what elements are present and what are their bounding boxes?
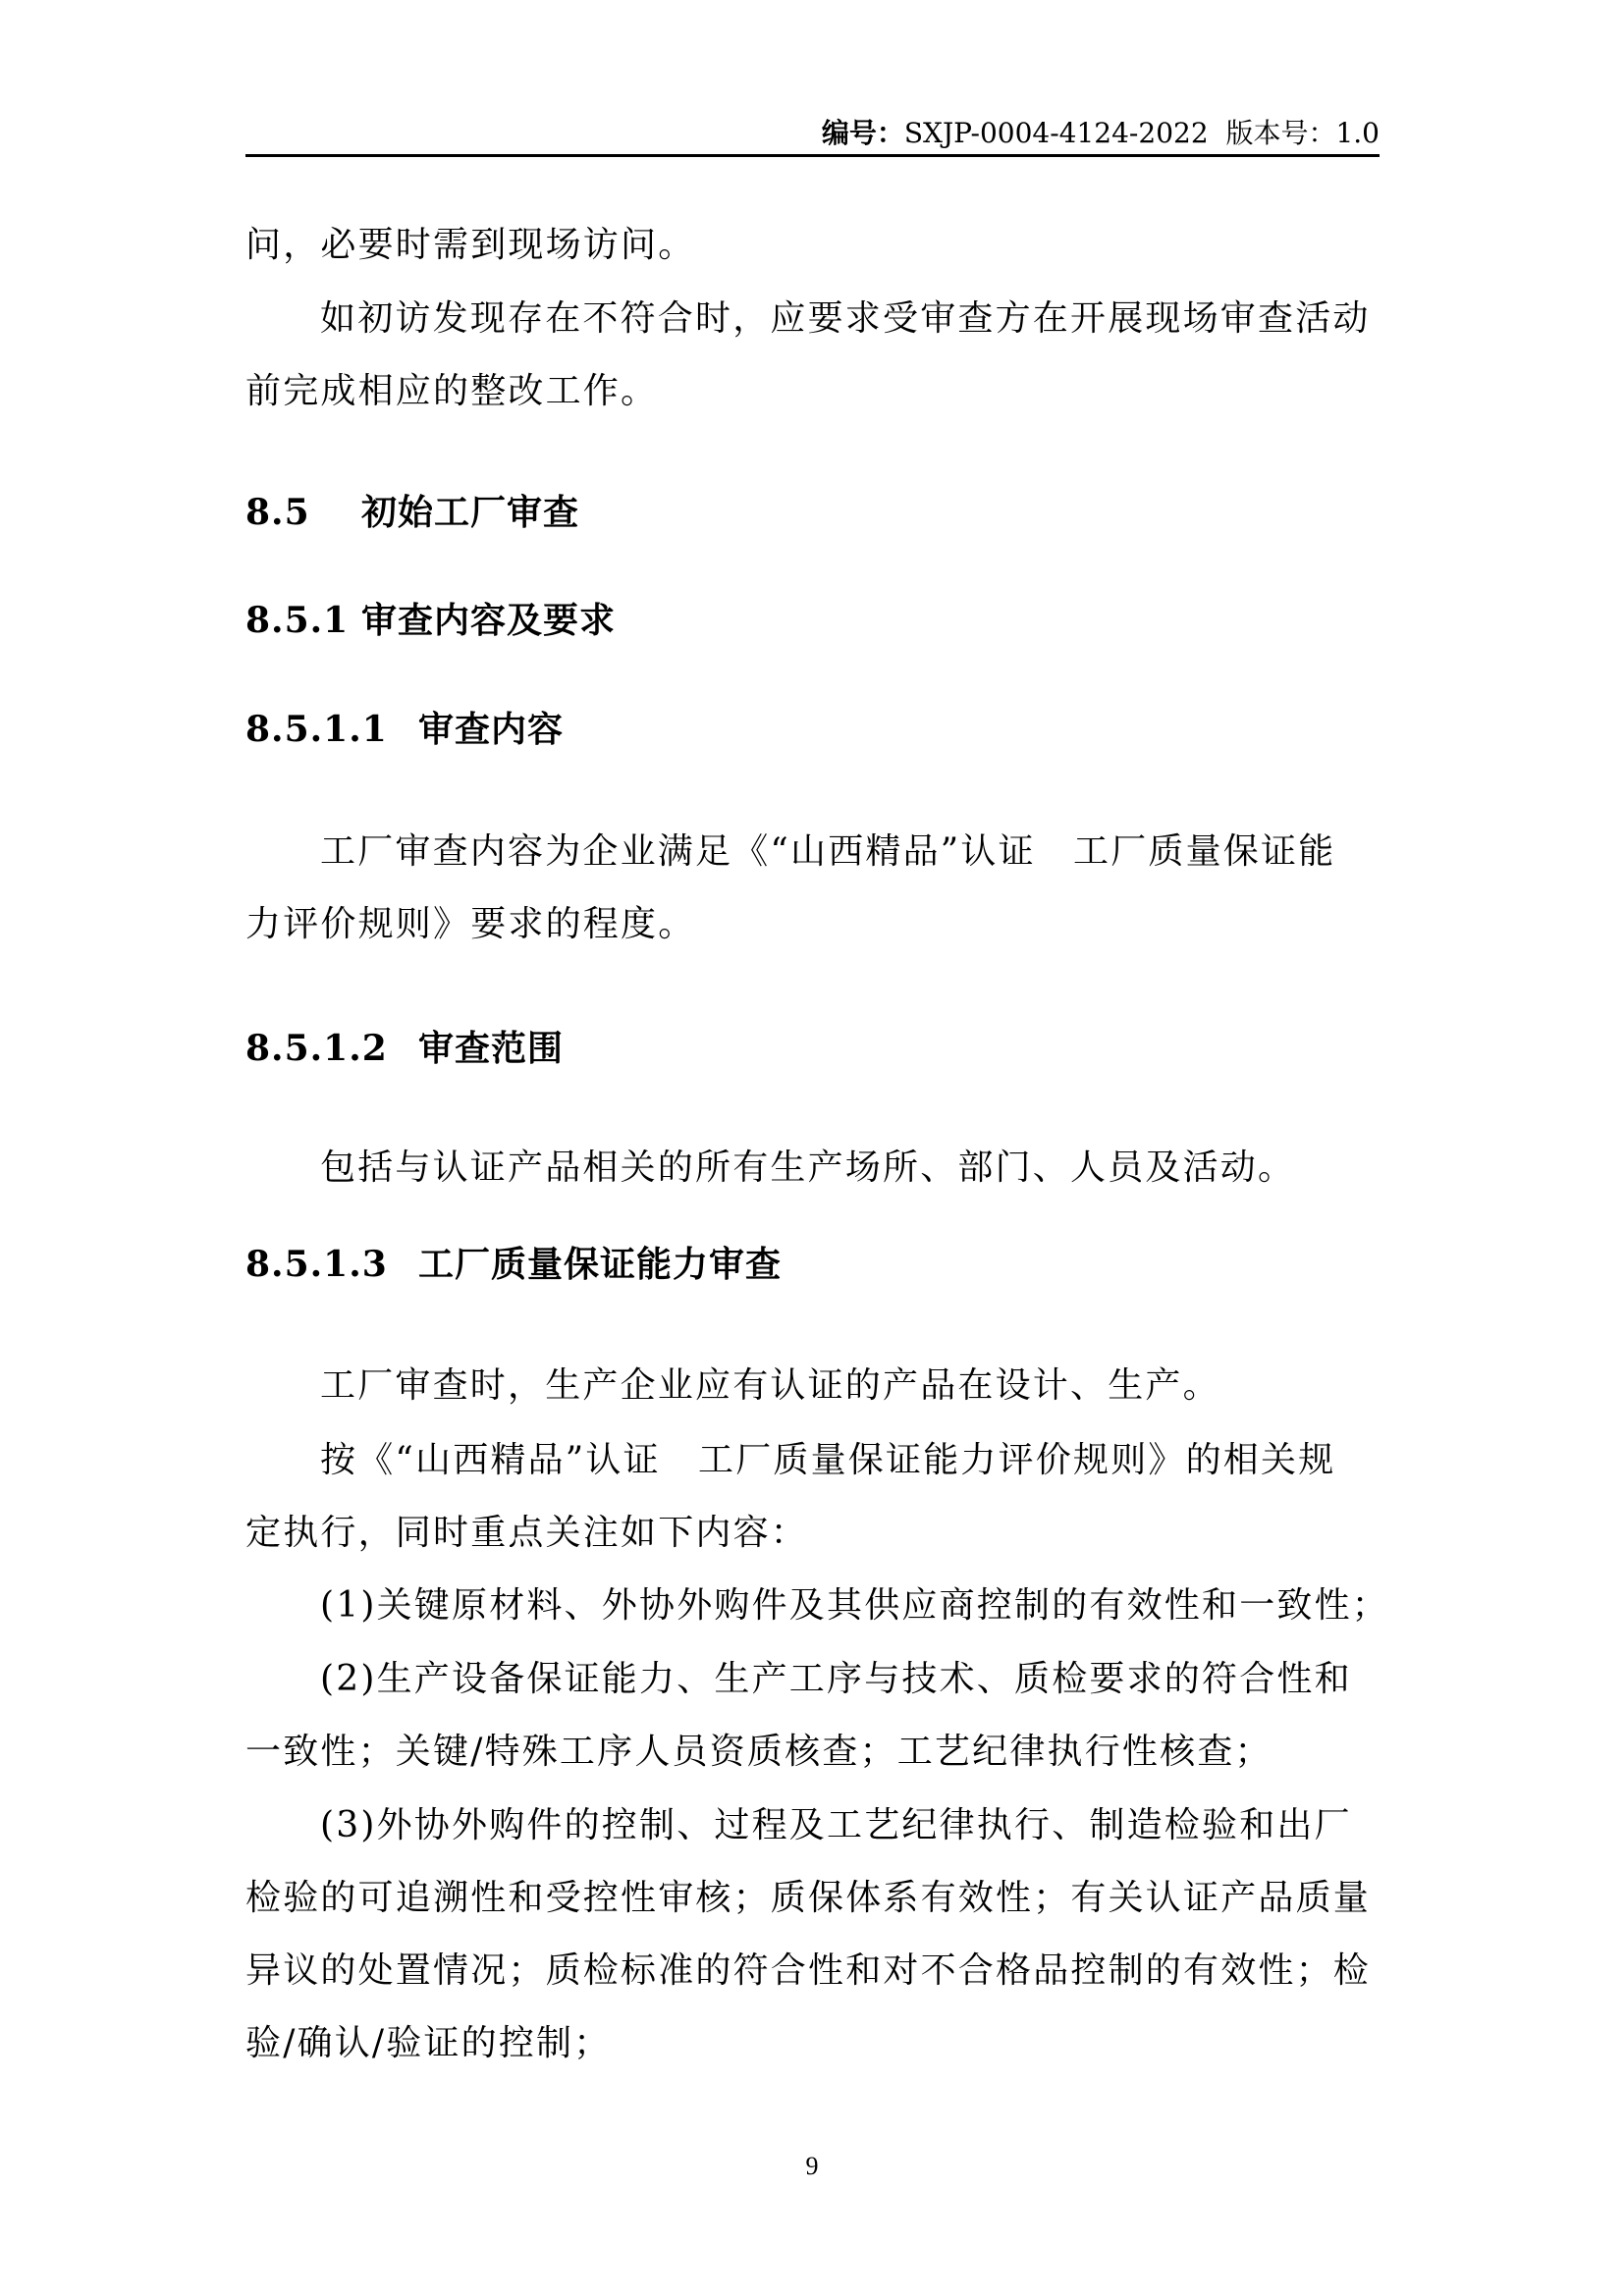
paragraph-line: 力评价规则》要求的程度。	[245, 900, 1384, 949]
heading-title: 初始工厂审查	[361, 492, 579, 533]
heading-8-5-1-2: 8.5.1.2审查范围	[245, 1024, 1384, 1073]
page-header: 编号：SXJP-0004-4124-2022 版本号：1.0	[245, 114, 1380, 153]
version-label: 版本号：	[1225, 117, 1335, 149]
heading-number: 8.5.1.2	[245, 1024, 418, 1073]
heading-number: 8.5	[245, 488, 361, 537]
paragraph-line: 包括与认证产品相关的所有生产场所、部门、人员及活动。	[245, 1144, 1459, 1193]
list-item-3: (3)外协外购件的控制、过程及工艺纪律执行、制造检验和出厂	[245, 1801, 1459, 1850]
paragraph-line: 工厂审查内容为企业满足《“山西精品”认证 工厂质量保证能	[245, 828, 1459, 877]
heading-8-5: 8.5初始工厂审查	[245, 488, 1384, 537]
heading-number: 8.5.1.1	[245, 705, 418, 754]
list-item-3-cont: 异议的处置情况；质检标准的符合性和对不合格品控制的有效性；检	[245, 1947, 1384, 1996]
list-item-3-cont: 检验的可追溯性和受控性审核；质保体系有效性；有关认证产品质量	[245, 1874, 1384, 1923]
heading-title: 工厂质量保证能力审查	[418, 1244, 782, 1285]
header-rule	[245, 154, 1380, 157]
heading-title: 审查内容及要求	[361, 600, 616, 641]
paragraph-line: 定执行，同时重点关注如下内容：	[245, 1509, 1384, 1558]
document-page: 编号：SXJP-0004-4124-2022 版本号：1.0 问，必要时需到现场…	[0, 0, 1624, 2296]
version-value: 1.0	[1335, 117, 1380, 149]
paragraph-line: 工厂审查时，生产企业应有认证的产品在设计、生产。	[245, 1362, 1459, 1411]
heading-8-5-1: 8.5.1审查内容及要求	[245, 596, 1384, 645]
heading-number: 8.5.1.3	[245, 1240, 418, 1289]
paragraph-line: 如初访发现存在不符合时，应要求受审查方在开展现场审查活动	[245, 294, 1459, 344]
paragraph-line: 问，必要时需到现场访问。	[245, 221, 1384, 270]
heading-number: 8.5.1	[245, 596, 361, 645]
doc-number-label: 编号：	[822, 117, 904, 149]
heading-title: 审查范围	[418, 1028, 564, 1069]
heading-title: 审查内容	[418, 709, 564, 750]
list-item-2-cont: 一致性；关键/特殊工序人员资质核查；工艺纪律执行性核查；	[245, 1728, 1384, 1777]
list-item-1: (1)关键原材料、外协外购件及其供应商控制的有效性和一致性；	[245, 1581, 1459, 1630]
heading-8-5-1-3: 8.5.1.3工厂质量保证能力审查	[245, 1240, 1384, 1289]
paragraph-line: 按《“山西精品”认证 工厂质量保证能力评价规则》的相关规	[245, 1436, 1459, 1485]
list-item-2: (2)生产设备保证能力、生产工序与技术、质检要求的符合性和	[245, 1655, 1459, 1704]
page-number: 9	[0, 2150, 1624, 2183]
heading-8-5-1-1: 8.5.1.1审查内容	[245, 705, 1384, 754]
doc-number-value: SXJP-0004-4124-2022	[904, 117, 1209, 149]
paragraph-line: 前完成相应的整改工作。	[245, 367, 1384, 416]
list-item-3-cont: 验/确认/验证的控制；	[245, 2019, 1384, 2068]
